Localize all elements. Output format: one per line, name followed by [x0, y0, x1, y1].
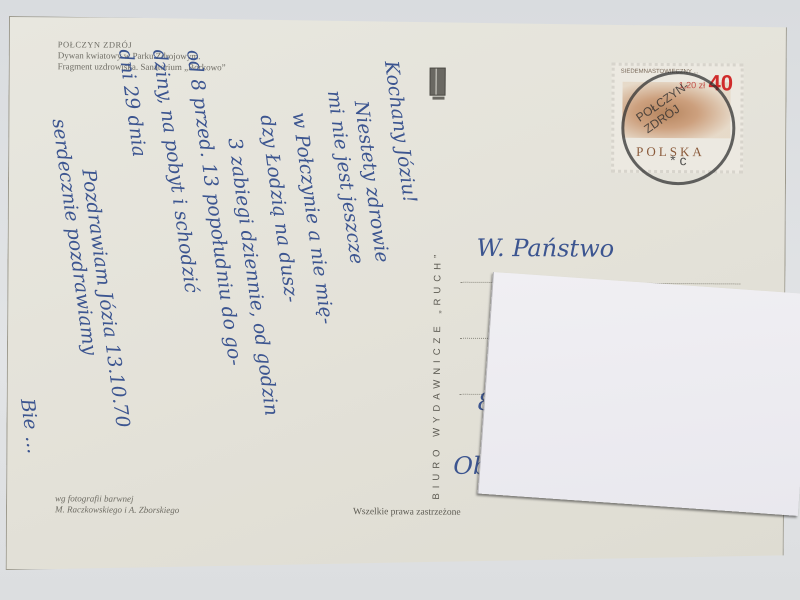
publisher-name: BIURO WYDAWNICZE „RUCH”	[431, 250, 444, 500]
photo-credits: wg fotografii barwnej M. Raczkowskiego i…	[55, 493, 179, 516]
postmark-bottom: * c	[670, 152, 686, 168]
credits-line-2: M. Raczkowskiego i A. Zborskiego	[55, 504, 179, 516]
postmark-stamp: POŁCZYN-ZDRÓJ * c	[621, 71, 736, 186]
rights-notice: Wszelkie prawa zastrzeżone	[353, 507, 461, 518]
handwritten-line: Kochany Józiu!	[380, 59, 421, 204]
handwritten-line: Bie ...	[16, 397, 45, 455]
credits-line-1: wg fotografii barwnej	[55, 493, 179, 505]
ruch-logo-icon	[430, 68, 446, 96]
blank-cover-card	[478, 272, 800, 516]
address-recipient: W. Państwo	[477, 234, 615, 263]
